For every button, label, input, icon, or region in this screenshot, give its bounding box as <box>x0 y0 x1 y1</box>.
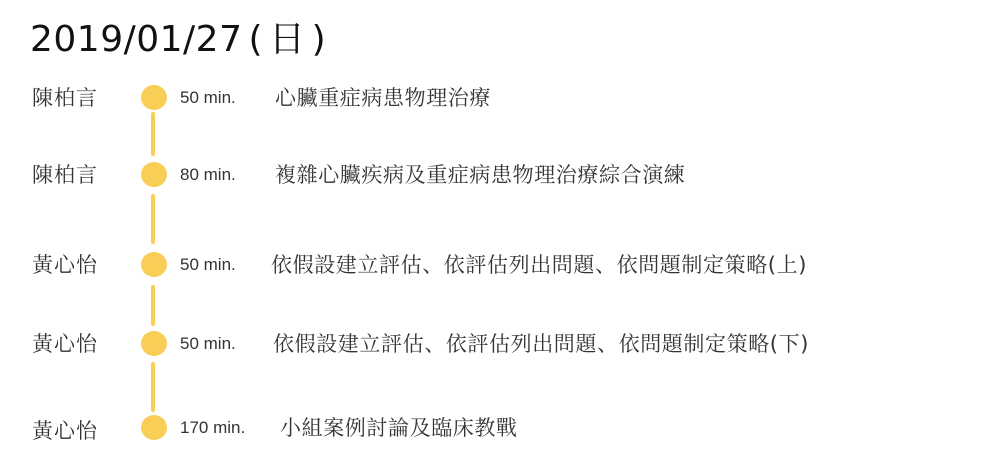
session-duration: 80 min. <box>180 160 236 190</box>
paren-close: ) <box>312 19 327 60</box>
speaker-name: 陳柏言 <box>32 83 98 113</box>
timeline-item: 黃心怡 50 min. 依假設建立評估、依評估列出問題、依問題制定策略(下) <box>0 329 982 359</box>
timeline-connector <box>151 362 155 412</box>
circle-dot-icon <box>141 415 167 440</box>
paren-open: ( <box>249 19 264 60</box>
speaker-name: 黃心怡 <box>32 329 98 359</box>
timeline-item: 黃心怡 170 min. 小組案例討論及臨床教戰 <box>0 413 982 443</box>
session-topic: 心臟重症病患物理治療 <box>275 83 491 113</box>
session-topic: 依假設建立評估、依評估列出問題、依問題制定策略(下) <box>273 329 809 359</box>
session-duration: 50 min. <box>180 250 236 280</box>
circle-dot-icon <box>141 162 167 187</box>
circle-dot-icon <box>141 252 167 277</box>
timeline-connector <box>151 285 155 326</box>
timeline-item: 陳柏言 50 min. 心臟重症病患物理治療 <box>0 83 982 113</box>
weekday-text: 日 <box>269 19 306 60</box>
speaker-name: 陳柏言 <box>32 160 98 190</box>
timeline-connector <box>151 112 155 156</box>
session-duration: 170 min. <box>180 413 245 443</box>
session-topic: 小組案例討論及臨床教戰 <box>280 413 518 443</box>
schedule-date-title: 2019/01/27(日) <box>30 18 332 62</box>
date-text: 2019/01/27 <box>30 19 243 60</box>
circle-dot-icon <box>141 85 167 110</box>
timeline-connector <box>151 194 155 244</box>
circle-dot-icon <box>141 331 167 356</box>
timeline-item: 陳柏言 80 min. 複雜心臟疾病及重症病患物理治療綜合演練 <box>0 160 982 190</box>
session-topic: 複雜心臟疾病及重症病患物理治療綜合演練 <box>275 160 685 190</box>
session-topic: 依假設建立評估、依評估列出問題、依問題制定策略(上) <box>271 250 807 280</box>
timeline-item: 黃心怡 50 min. 依假設建立評估、依評估列出問題、依問題制定策略(上) <box>0 250 982 280</box>
session-duration: 50 min. <box>180 329 236 359</box>
speaker-name: 黃心怡 <box>32 416 98 446</box>
speaker-name: 黃心怡 <box>32 250 98 280</box>
session-duration: 50 min. <box>180 83 236 113</box>
